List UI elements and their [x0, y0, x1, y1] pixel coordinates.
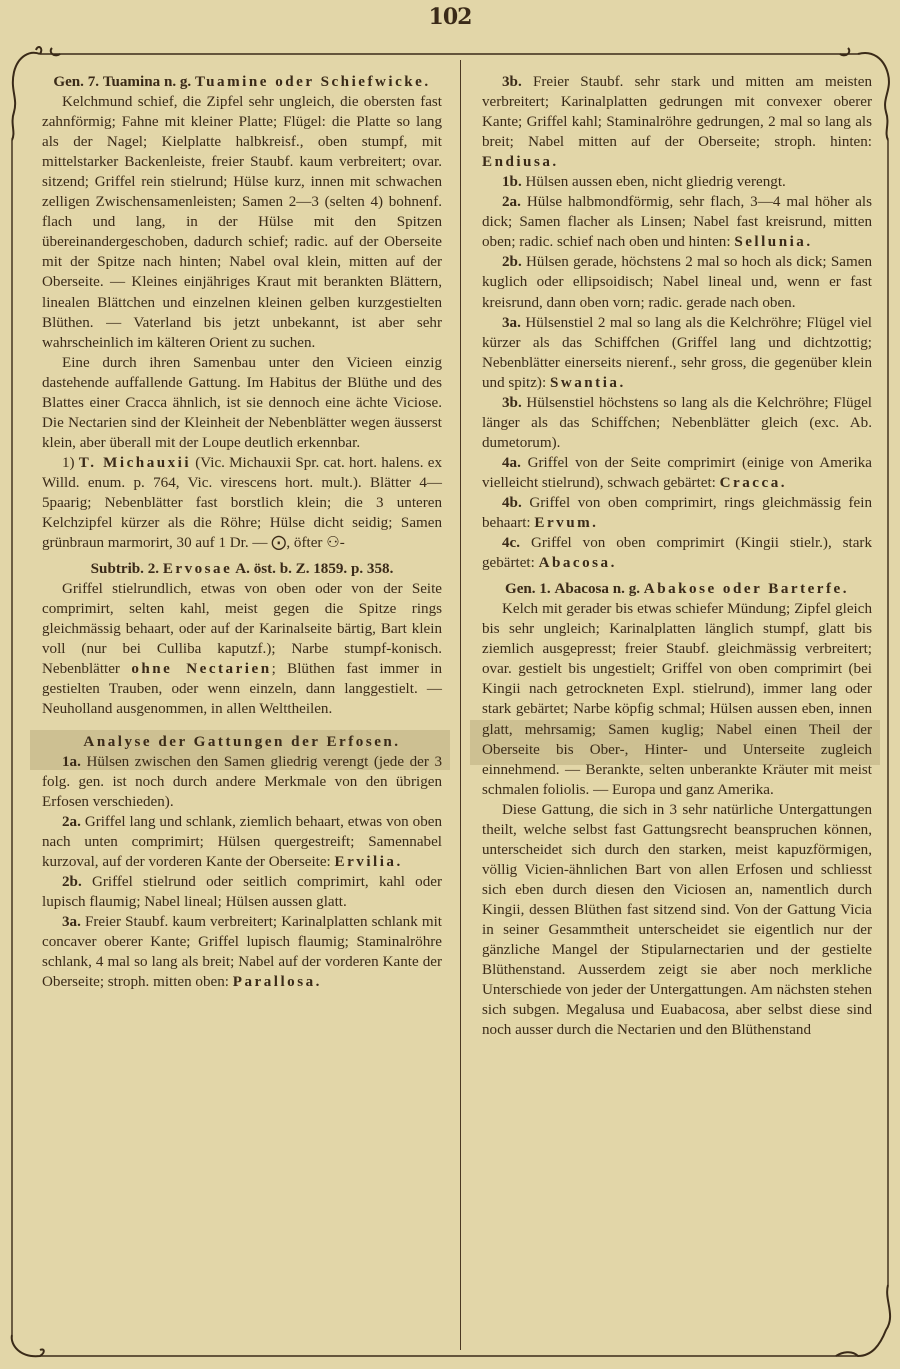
key-genus: Ervum.: [534, 515, 598, 531]
column-divider: [460, 60, 461, 1350]
key-entry: 3a. Freier Staubf. kaum verbreitert; Kar…: [42, 912, 442, 992]
genus-suffix: n. g.: [613, 581, 640, 597]
key-id: 4c.: [502, 535, 520, 551]
key-id: 2b.: [62, 874, 82, 890]
key-text: Hülsen gerade, höchstens 2 mal so hoch a…: [482, 254, 872, 310]
genus-suffix: n. g.: [164, 74, 191, 90]
key-entry: 3b. Hülsenstiel höchstens so lang als di…: [482, 393, 872, 453]
key-id: 2a.: [502, 194, 521, 210]
key-genus: Cracca.: [720, 475, 787, 491]
key-genus: Swantia.: [550, 375, 626, 391]
key-id: 3a.: [502, 315, 521, 331]
key-entry: 2b. Hülsen gerade, höchstens 2 mal so ho…: [482, 252, 872, 312]
key-genus: Endiusa.: [482, 154, 559, 170]
key-text: Hülsenstiel höchstens so lang als die Ke…: [482, 395, 872, 451]
key-id: 3b.: [502, 395, 522, 411]
species-entry: 1) T. Michauxii (Vic. Michauxii Spr. cat…: [42, 453, 442, 553]
subtribe-prefix: Subtrib. 2.: [91, 561, 159, 577]
key-genus: Abacosa.: [539, 555, 617, 571]
key-entry: 1b. Hülsen aussen eben, nicht gliedrig v…: [482, 172, 872, 192]
species-name: T. Michauxii: [79, 455, 191, 471]
key-entry: 3a. Hülsenstiel 2 mal so lang als die Ke…: [482, 313, 872, 393]
key-entry: 3b. Freier Staubf. sehr stark und mitten…: [482, 72, 872, 172]
key-text: Hülsen zwischen den Samen gliedrig veren…: [42, 754, 442, 810]
key-id: 2a.: [62, 814, 81, 830]
subtribe-suffix: A. öst. b. Z. 1859. p. 358.: [235, 561, 393, 577]
key-genus: Sellunia.: [734, 234, 812, 250]
key-entry: 4b. Griffel von oben comprimirt, rings g…: [482, 493, 872, 533]
key-id: 1a.: [62, 754, 81, 770]
genus-remark: Diese Gattung, die sich in 3 sehr natürl…: [482, 800, 872, 1041]
genus-remark: Eine durch ihren Samenbau unter den Vici…: [42, 353, 442, 453]
key-entry: 2a. Hülse halbmondförmig, sehr flach, 3—…: [482, 192, 872, 252]
key-entry: 2a. Griffel lang und schlank, ziemlich b…: [42, 812, 442, 872]
key-text: Freier Staubf. sehr stark und mitten am …: [482, 74, 872, 150]
genus-prefix: Gen. 7.: [53, 74, 99, 90]
key-id: 1b.: [502, 174, 522, 190]
key-genus: Ervilia.: [335, 854, 403, 870]
analysis-title: Analyse der Gattungen der Erfosen.: [42, 732, 442, 752]
subtribe-description: Griffel stielrundlich, etwas von oben od…: [42, 579, 442, 719]
genus-heading: Gen. 7. Tuamina n. g. Tuamine oder Schie…: [42, 72, 442, 92]
key-text: Griffel stielrund oder seitlich comprimi…: [42, 874, 442, 910]
key-text: Griffel von der Seite comprimirt (einige…: [482, 455, 872, 491]
genus-prefix: Gen. 1.: [505, 581, 551, 597]
genus-heading: Gen. 1. Abacosa n. g. Abakose oder Barte…: [482, 579, 872, 599]
genus-name: Abacosa: [554, 581, 609, 597]
subtribe-emphasis: ohne Nectarien: [131, 661, 271, 677]
key-genus: Parallosa.: [233, 974, 322, 990]
key-id: 4a.: [502, 455, 521, 471]
subtribe-heading: Subtrib. 2. Ervosae A. öst. b. Z. 1859. …: [42, 559, 442, 579]
key-entry: 1a. Hülsen zwischen den Samen gliedrig v…: [42, 752, 442, 812]
key-entry: 4a. Griffel von der Seite comprimirt (ei…: [482, 453, 872, 493]
key-entry: 2b. Griffel stielrund oder seitlich comp…: [42, 872, 442, 912]
left-column: Gen. 7. Tuamina n. g. Tuamine oder Schie…: [42, 72, 442, 992]
key-id: 2b.: [502, 254, 522, 270]
genus-name: Tuamina: [103, 74, 160, 90]
page-number: 102: [0, 4, 900, 30]
genus-description: Kelchmund schief, die Zipfel sehr unglei…: [42, 92, 442, 353]
species-number: 1): [62, 455, 75, 471]
key-id: 3a.: [62, 914, 81, 930]
genus-common-name: Tuamine oder Schiefwicke.: [195, 74, 431, 90]
right-column: 3b. Freier Staubf. sehr stark und mitten…: [482, 72, 872, 1040]
key-text: Hülse halbmondförmig, sehr flach, 3—4 ma…: [482, 194, 872, 250]
genus-description: Kelch mit gerader bis etwas schiefer Mün…: [482, 599, 872, 799]
key-entry: 4c. Griffel von oben comprimirt (Kingii …: [482, 533, 872, 573]
genus-common-name: Abakose oder Barterfe.: [644, 581, 849, 597]
key-id: 4b.: [502, 495, 522, 511]
key-text: Hülsen aussen eben, nicht gliedrig veren…: [526, 174, 786, 190]
key-id: 3b.: [502, 74, 522, 90]
key-text: Hülsenstiel 2 mal so lang als die Kelchr…: [482, 315, 872, 391]
subtribe-name: Ervosae: [163, 561, 232, 577]
